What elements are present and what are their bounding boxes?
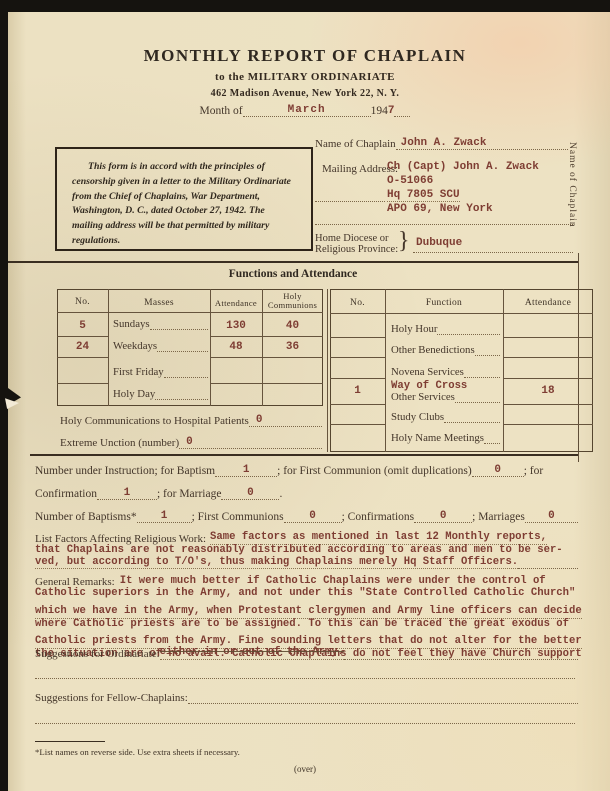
functions-row-no: 1 [330,385,385,397]
marriage-instruction-count: 0 [221,487,279,500]
section-title: Functions and Attendance [0,268,586,280]
mailing-address-line4: APO 69, New York [387,203,493,215]
chaplain-name-line: Name of Chaplain John A. Zwack [315,137,568,150]
factors-line-1: Same factors as mentioned in last 12 Mon… [210,532,547,545]
footnote-rule [35,741,105,742]
blank-rule [35,723,575,724]
chaplain-name-label: Name of Chaplain [315,138,396,150]
masses-row-no: 24 [57,341,108,353]
masses-col-no: No. [57,297,108,307]
hospital-communions-value: 0 [249,414,322,427]
baptism-instruction-count: 1 [215,464,277,477]
fellow-chaplains-label: Suggestions for Fellow-Chaplains: [35,692,188,704]
masses-row-label: First Friday [113,366,208,378]
month-line: Month of March 194 7 [0,104,610,117]
functions-row-label: Holy Hour [391,323,500,335]
diocese-value: Dubuque [416,237,462,249]
extreme-unction-line: Extreme Unction (number) 0 [60,436,322,449]
margin-side-label: Name of Chaplain [567,142,577,272]
section-top-rule [8,261,578,263]
first-communions-count: 0 [284,510,342,523]
censorship-notice-box: This form is in accord with the principl… [55,147,313,251]
factors-label: List Factors Affecting Religious Work: [35,533,206,545]
remarks-line-4: where Catholic priests are to be assigne… [35,619,578,631]
censorship-notice-text: This form is in accord with the principl… [72,160,298,249]
masses-row-communions: 36 [262,341,323,353]
functions-col-no: No. [330,298,385,308]
functions-row-line [503,378,593,379]
month-label: Month of [200,105,243,117]
functions-row-line [503,357,593,358]
functions-row-line [503,337,593,338]
functions-row-line [330,404,385,405]
functions-row-line [330,357,385,358]
ordinariate-address: 462 Madison Avenue, New York 22, N. Y. [0,88,610,99]
masses-col-communions: Holy Communions [262,292,323,310]
masses-row-line [57,357,108,358]
document-subtitle: to the MILITARY ORDINARIATE [0,71,610,83]
first-communion-instruction-count: 0 [472,464,524,477]
diocese-rule [413,252,573,253]
functions-col-attendance: Attendance [503,298,593,308]
factors-line-3: ved, but according to T/O's, thus making… [35,557,518,570]
functions-row-line [330,378,385,379]
masses-row-no: 5 [57,320,108,332]
mailing-address-line2: O-51066 [387,175,433,187]
masses-row-label: Holy Day [113,388,208,400]
functions-header-line [330,313,593,314]
functions-col-function: Function [385,298,503,308]
remarks-line-2: Catholic superiors in the Army, and not … [35,588,578,600]
functions-row-label: Holy Name Meetings [391,432,500,444]
over-label: (over) [0,764,610,774]
diocese-brace: } [398,228,410,255]
masses-row-line [57,383,108,384]
document-title: MONTHLY REPORT OF CHAPLAIN [0,46,610,66]
functions-row-line [330,337,385,338]
confirmations-count: 0 [414,510,472,523]
address-bottom-rule [315,224,573,225]
factors-line-2: that Chaplains are not reasonably distri… [35,545,578,557]
hospital-communions-line: Holy Communications to Hospital Patients… [60,414,322,427]
functions-row-attendance: 18 [503,385,593,397]
masses-header-line [57,312,323,313]
footnote-text: *List names on reverse side. Use extra s… [35,747,240,757]
functions-row-label: Study Clubs [391,411,500,423]
fellow-chaplains-line: Suggestions for Fellow-Chaplains: [35,692,578,704]
remarks-line-3: which we have in the Army, when Protesta… [35,606,582,619]
baptisms-count: 1 [137,510,192,523]
extreme-unction-value: 0 [179,436,322,449]
masses-row-label: Sundays [113,318,208,330]
year-typed: 7 [388,105,395,117]
functions-row-line [503,404,593,405]
instruction-line-1: Number under Instruction; for Baptism 1 … [35,464,580,477]
diocese-label-line1: Home Diocese or [315,233,388,245]
masses-row-line [210,357,323,358]
masses-row-attendance: 48 [210,341,262,353]
year-printed: 194 [371,105,388,117]
table-divider-line [327,289,328,452]
masses-row-label: Weekdays [113,340,208,352]
chaplain-name-value: John A. Zwack [396,137,568,150]
diocese-label-line2: Religious Province: [315,244,398,255]
ordinariate-suggestions-value: either in or out of the Army. [160,647,344,660]
instruction-line-3: Number of Baptisms* 1 ; First Communions… [35,510,578,523]
tables-bottom-rule [30,454,578,456]
ordinariate-suggestions-line: Suggestions for Ordinariate: either in o… [35,647,578,660]
year-leader [394,116,410,117]
month-value: March [243,104,371,117]
functions-row-label: Other Services [391,391,500,403]
functions-row-line [330,424,385,425]
instruction-line-2: Confirmation 1 ; for Marriage 0 . [35,487,580,500]
scanned-document-page: MONTHLY REPORT OF CHAPLAIN to the MILITA… [0,0,610,791]
functions-row-label: Novena Services [391,366,500,378]
functions-row-label: Other Benedictions [391,344,500,356]
marriages-count: 0 [525,510,578,523]
masses-row-attendance: 130 [210,320,262,332]
masses-col-masses: Masses [108,298,210,308]
confirmation-instruction-count: 1 [97,487,157,500]
masses-col-attendance: Attendance [210,298,262,308]
masses-row-line [210,336,323,337]
masses-row-line [57,336,108,337]
functions-row-line [503,424,593,425]
ordinariate-suggestions-label: Suggestions for Ordinariate: [35,648,160,660]
masses-row-line [210,383,323,384]
mailing-rule [315,201,385,202]
mailing-address-line3: Hq 7805 SCU [387,189,460,202]
blank-rule [35,678,575,679]
masses-row-communions: 40 [262,320,323,332]
factors-section: List Factors Affecting Religious Work: S… [35,532,578,569]
mailing-address-line1: Ch (Capt) John A. Zwack [387,161,539,173]
